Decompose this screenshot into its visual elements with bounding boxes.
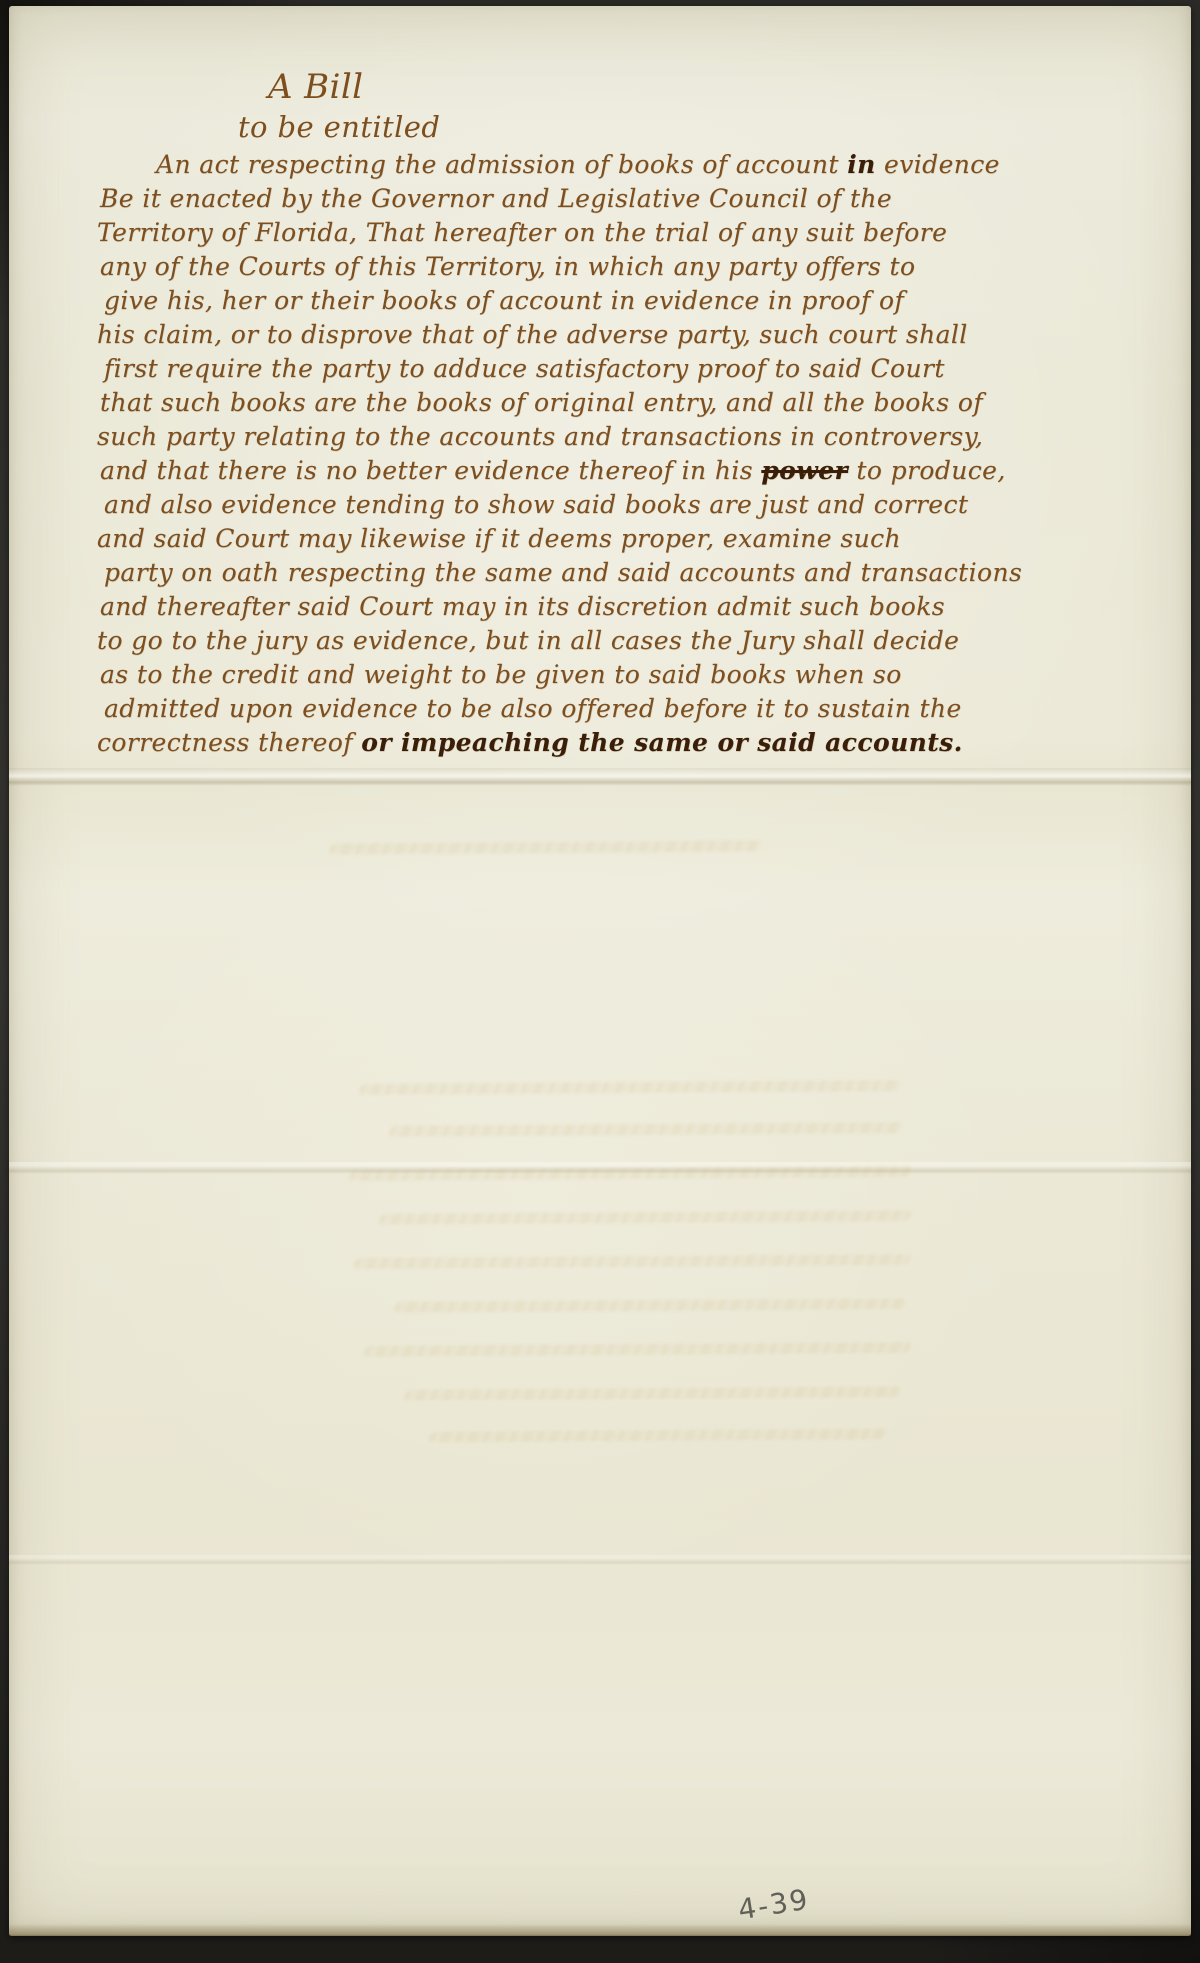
manuscript-text-segment: any of the Courts of this Territory, in … — [100, 252, 915, 281]
manuscript-text-segment: in — [847, 150, 875, 179]
manuscript-text-segment: or impeaching the same or said accounts. — [361, 728, 963, 757]
manuscript-line: first require the party to adduce satisf… — [104, 352, 954, 386]
paper-bottom-edge — [9, 1924, 1191, 1936]
bill-title: A Bill — [268, 66, 950, 108]
manuscript-text-segment: that such books are the books of origina… — [100, 388, 983, 417]
manuscript-text-segment: to go to the jury as evidence, but in al… — [97, 626, 959, 655]
manuscript-text-segment: as to the credit and weight to be given … — [100, 660, 902, 689]
manuscript-text-block: A Bill to be entitled An act respecting … — [100, 66, 950, 760]
manuscript-line: that such books are the books of origina… — [100, 386, 950, 420]
manuscript-text-segment: evidence — [876, 150, 1000, 179]
manuscript-line: and said Court may likewise if it deems … — [97, 522, 947, 556]
manuscript-line: his claim, or to disprove that of the ad… — [97, 318, 947, 352]
manuscript-line: as to the credit and weight to be given … — [100, 658, 950, 692]
manuscript-lines: An act respecting the admission of books… — [100, 148, 950, 760]
manuscript-line: and that there is no better evidence the… — [100, 454, 950, 488]
manuscript-text-segment: first require the party to adduce satisf… — [104, 354, 945, 383]
manuscript-line: correctness thereof or impeaching the sa… — [97, 726, 947, 760]
bill-subtitle: to be entitled — [238, 108, 950, 146]
manuscript-text-segment: his claim, or to disprove that of the ad… — [97, 320, 968, 349]
manuscript-text-segment: and also evidence tending to show said b… — [104, 490, 968, 519]
manuscript-text-segment: Be it enacted by the Governor and Legisl… — [100, 184, 892, 213]
manuscript-line: and also evidence tending to show said b… — [104, 488, 954, 522]
manuscript-line: Be it enacted by the Governor and Legisl… — [100, 182, 950, 216]
manuscript-text-segment: to produce, — [848, 456, 1006, 485]
manuscript-line: party on oath respecting the same and sa… — [104, 556, 954, 590]
manuscript-line: give his, her or their books of account … — [104, 284, 954, 318]
manuscript-line: Territory of Florida, That hereafter on … — [97, 216, 947, 250]
manuscript-text-segment: power — [761, 456, 848, 485]
manuscript-line: An act respecting the admission of books… — [104, 148, 954, 182]
manuscript-line: to go to the jury as evidence, but in al… — [97, 624, 947, 658]
manuscript-line: such party relating to the accounts and … — [97, 420, 947, 454]
manuscript-text-segment: and thereafter said Court may in its dis… — [100, 592, 945, 621]
manuscript-text-segment: and said Court may likewise if it deems … — [97, 524, 901, 553]
manuscript-text-segment: give his, her or their books of account … — [104, 286, 904, 315]
manuscript-text-segment: An act respecting the admission of books… — [156, 150, 847, 179]
manuscript-line: admitted upon evidence to be also offere… — [104, 692, 954, 726]
manuscript-text-segment: Territory of Florida, That hereafter on … — [97, 218, 947, 247]
manuscript-text-segment: such party relating to the accounts and … — [97, 422, 983, 451]
manuscript-text-segment: and that there is no better evidence the… — [100, 456, 761, 485]
manuscript-text-segment: party on oath respecting the same and sa… — [104, 558, 1022, 587]
manuscript-text-segment: admitted upon evidence to be also offere… — [104, 694, 962, 723]
manuscript-line: and thereafter said Court may in its dis… — [100, 590, 950, 624]
manuscript-line: any of the Courts of this Territory, in … — [100, 250, 950, 284]
manuscript-text-segment: correctness thereof — [97, 728, 361, 757]
